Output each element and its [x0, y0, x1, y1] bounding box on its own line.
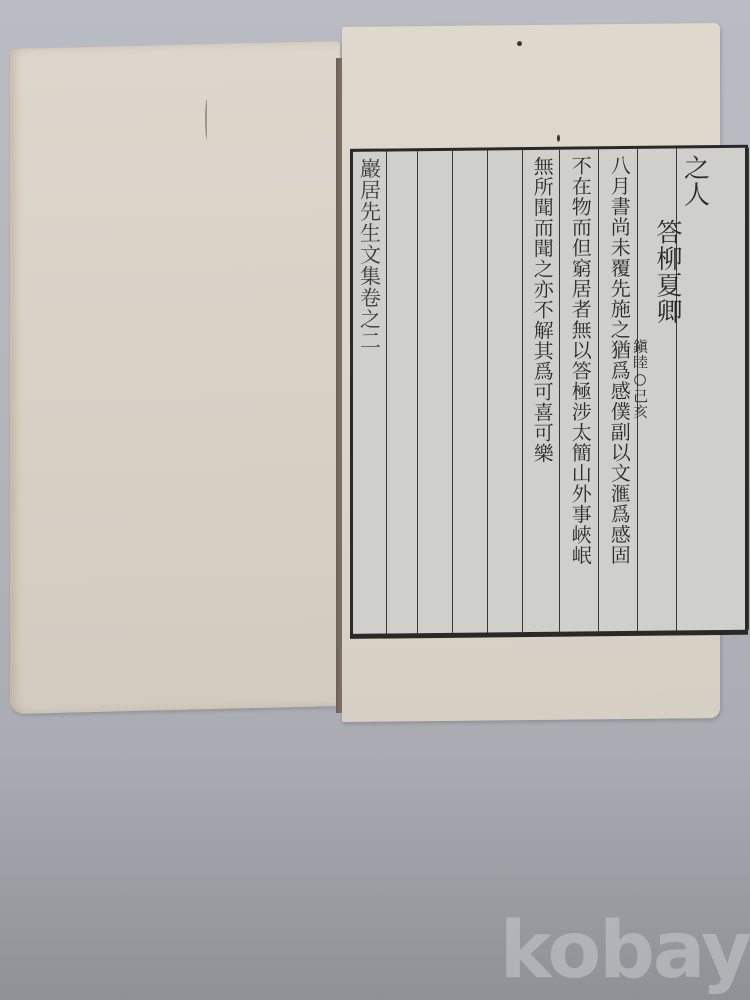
empty-column: [386, 151, 418, 633]
empty-column: [487, 150, 523, 632]
letter-heading: 答柳夏卿: [650, 218, 683, 324]
text-column-3: 八月書尚未覆先施之猶爲感僕副以文滙爲感固: [598, 149, 638, 631]
watermark-logo: kobay: [500, 906, 750, 996]
column-text: 無所聞而聞之亦不解其爲可喜可樂: [531, 156, 553, 464]
column-text: 不在物而但窮居者無以答極涉太簡山外事峽岷: [569, 155, 591, 565]
right-page: 之人 答柳夏卿 鎭睦○己亥 八月書尚未覆先施之猶爲感僕副以文滙爲感固 不在物而但…: [342, 23, 720, 722]
text-column-4: 不在物而但窮居者無以答極涉太簡山外事峽岷: [559, 149, 599, 631]
text-column-5: 無所聞而聞之亦不解其爲可喜可樂: [522, 150, 560, 632]
heading-group: 答柳夏卿 鎭睦○己亥: [632, 218, 683, 419]
column-text: 八月書尚未覆先施之猶爲感僕副以文滙爲感固: [608, 155, 630, 565]
text-column-2: 答柳夏卿 鎭睦○己亥: [637, 148, 677, 630]
left-page-blank: [10, 41, 340, 714]
ink-speck: [557, 135, 560, 142]
print-frame: 之人 答柳夏卿 鎭睦○己亥 八月書尚未覆先施之猶爲感僕副以文滙爲感固 不在物而但…: [350, 145, 748, 639]
empty-column: [417, 151, 453, 633]
ink-speck: [517, 41, 522, 46]
photo-scene: 之人 答柳夏卿 鎭睦○己亥 八月書尚未覆先施之猶爲感僕副以文滙爲感固 不在物而但…: [0, 0, 750, 1000]
paper-crease: [205, 99, 209, 139]
empty-column: [452, 150, 488, 632]
column-text: 之人: [678, 154, 711, 207]
volume-title-column: 巖居先生文集卷之二: [353, 152, 386, 634]
volume-title: 巖居先生文集卷之二: [359, 158, 381, 352]
